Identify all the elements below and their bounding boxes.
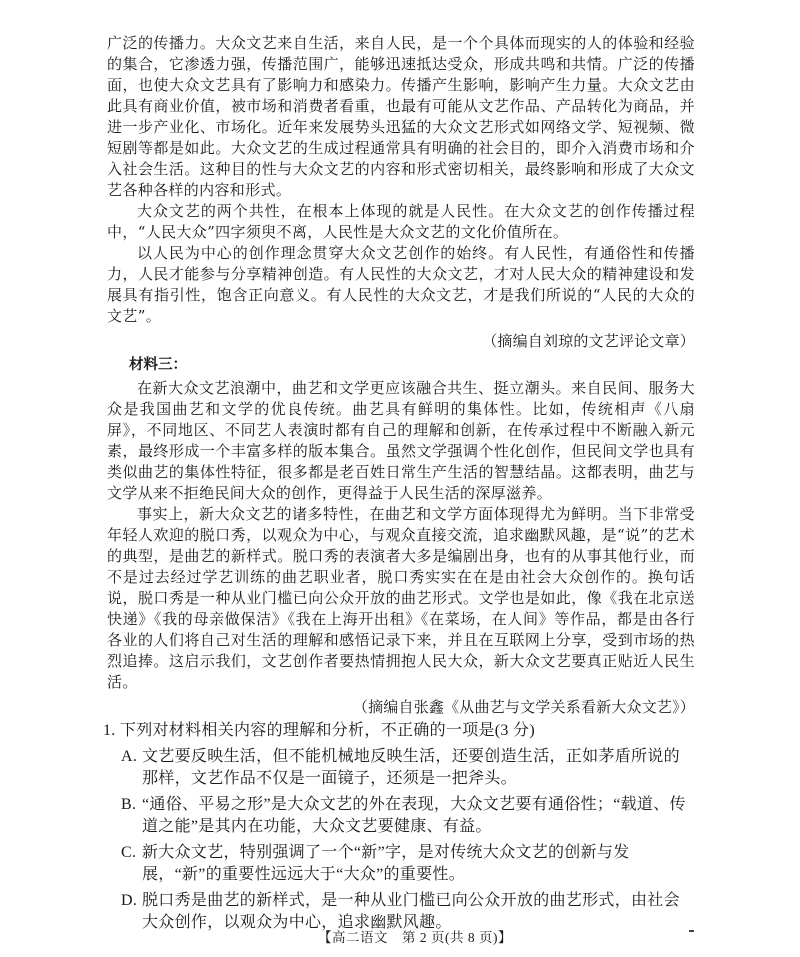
option-letter: D. <box>121 890 142 913</box>
question-1-option-b: B.“通俗、平易之形”是大众文艺的外在表现，大众文艺要有通俗性；“载道、传道之能… <box>121 794 695 839</box>
material2-paragraph-3: 以人民为中心的创作理念贯穿大众文艺创作的始终。有人民性，有通俗性和传播力，人民才… <box>107 243 695 327</box>
option-text: 新大众文艺，特别强调了一个“新”字，是对传统大众文艺的创新与发展，“新”的重要性… <box>142 844 630 884</box>
question-1-option-a: A.文艺要反映生活，但不能机械地反映生活，还要创造生活，正如茅盾所说的那样，文艺… <box>121 746 695 791</box>
question-1-stem: 1. 下列对材料相关内容的理解和分析，不正确的一项是(3 分) <box>103 720 695 743</box>
material3-heading: 材料三： <box>129 354 695 376</box>
option-letter: C. <box>121 842 142 865</box>
exam-page-body: 广泛的传播力。大众文艺来自生活，来自人民，是一个个具体而现实的人的体验和经验的集… <box>107 33 695 935</box>
option-text: “通俗、平易之形”是大众文艺的外在表现，大众文艺要有通俗性；“载道、传道之能”是… <box>142 796 686 836</box>
option-text: 文艺要反映生活，但不能机械地反映生活，还要创造生活，正如茅盾所说的那样，文艺作品… <box>142 748 680 788</box>
material3-paragraph-2: 事实上，新大众文艺的诸多特性，在曲艺和文学方面体现得尤为鲜明。当下非常受年轻人欢… <box>107 504 695 693</box>
page-footer: 【高二语文 第 2 页(共 8 页)】 <box>318 926 512 946</box>
material2-paragraph-2: 大众文艺的两个共性，在根本上体现的就是人民性。在大众文艺的创作传播过程中，“人民… <box>107 201 695 243</box>
option-letter: B. <box>121 794 142 817</box>
question-1-option-c: C.新大众文艺，特别强调了一个“新”字，是对传统大众文艺的创新与发展，“新”的重… <box>121 842 695 887</box>
material3-source: （摘编自张鑫《从曲艺与文学关系看新大众文艺》） <box>107 696 695 718</box>
material3-paragraph-1: 在新大众文艺浪潮中，曲艺和文学更应该融合共生、挺立潮头。来自民间、服务大众是我国… <box>107 378 695 504</box>
material2-continued-paragraph: 广泛的传播力。大众文艺来自生活，来自人民，是一个个具体而现实的人的体验和经验的集… <box>107 33 695 201</box>
material2-source: （摘编自刘琼的文艺评论文章） <box>107 330 695 352</box>
footer-dash-mark <box>689 930 694 932</box>
option-letter: A. <box>121 746 142 769</box>
